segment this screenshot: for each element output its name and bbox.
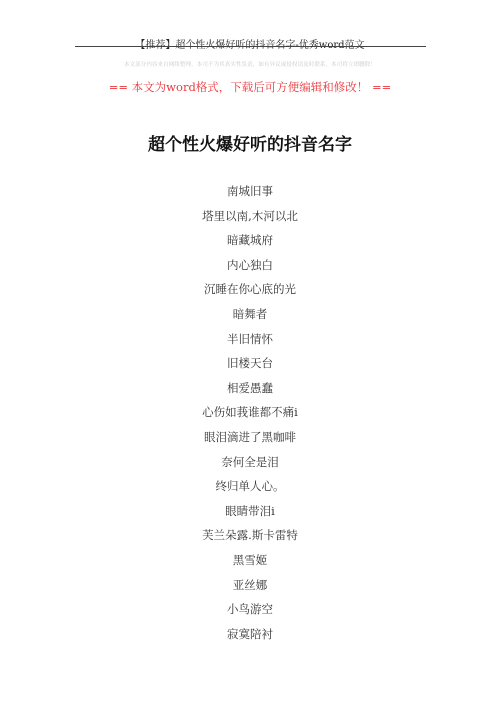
list-item: 相爱愚蠢 bbox=[0, 381, 500, 406]
list-item: 奈何全是泪 bbox=[0, 455, 500, 480]
name-list: 南城旧事 塔里以南,木河以北 暗藏城府 内心独白 沉睡在你心底的光 暗舞者 半旧… bbox=[0, 184, 500, 651]
word-format-banner: == 本文为word格式，下载后可方便编辑和修改！ == bbox=[0, 79, 500, 95]
list-item: 小鸟游空 bbox=[0, 602, 500, 627]
list-item: 暗藏城府 bbox=[0, 233, 500, 258]
list-item: 南城旧事 bbox=[0, 184, 500, 209]
list-item: 眼泪滴进了黑咖啡 bbox=[0, 430, 500, 455]
list-item: 暗舞者 bbox=[0, 307, 500, 332]
document-title: 超个性火爆好听的抖音名字 bbox=[0, 130, 500, 155]
list-item: 芙兰朵露.斯卡雷特 bbox=[0, 528, 500, 553]
list-item: 亚丝娜 bbox=[0, 578, 500, 603]
list-item: 黑雪姬 bbox=[0, 553, 500, 578]
disclaimer-text: 本文部分内容来自网络整理，本司不为其真实性负责，如有异议或侵权请及时联系，本司将… bbox=[0, 60, 500, 68]
list-item: 心伤如莪谁都不痛ⅰ bbox=[0, 405, 500, 430]
list-item: 终归单人心。 bbox=[0, 479, 500, 504]
list-item: 沉睡在你心底的光 bbox=[0, 282, 500, 307]
list-item: 半旧情怀 bbox=[0, 332, 500, 357]
list-item: 寂寞陪衬 bbox=[0, 627, 500, 652]
list-item: 旧楼天台 bbox=[0, 356, 500, 381]
list-item: 内心独白 bbox=[0, 258, 500, 283]
page-header: 【推荐】超个性火爆好听的抖音名字-优秀word范文 bbox=[0, 36, 500, 51]
list-item: 塔里以南,木河以北 bbox=[0, 209, 500, 234]
header-divider bbox=[75, 46, 426, 47]
list-item: 眼睛带泪ⅰ bbox=[0, 504, 500, 529]
